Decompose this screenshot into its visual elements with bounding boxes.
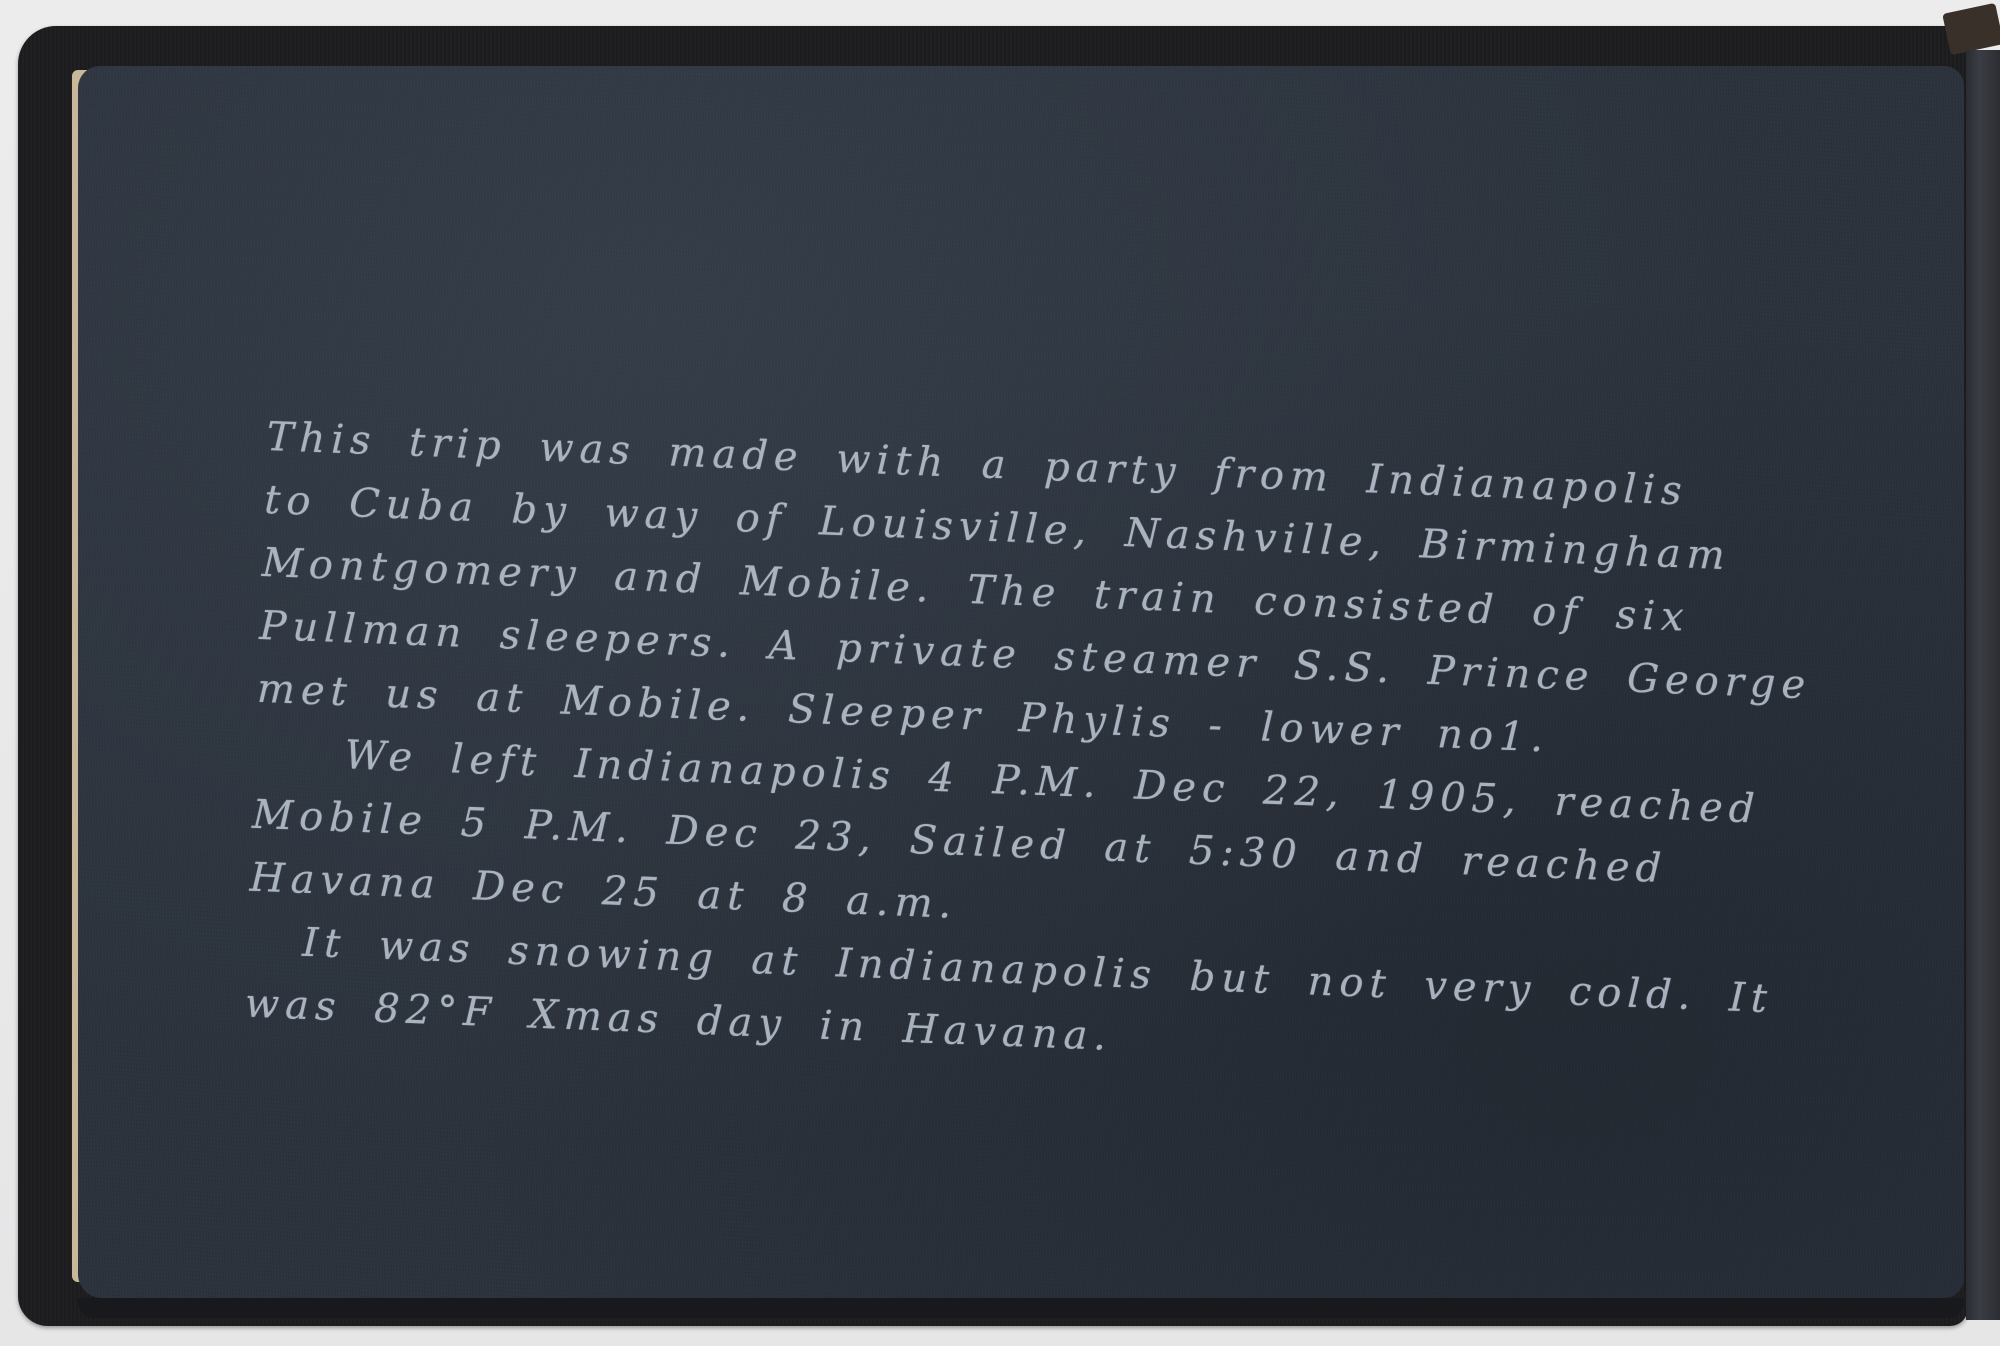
page-bottom-edge [78,1298,1964,1318]
album-page: This trip was made with a party from Ind… [78,66,1964,1298]
torn-cover-corner [1942,3,2000,55]
handwritten-inscription: This trip was made with a party from Ind… [244,406,1964,1101]
album-scene: This trip was made with a party from Ind… [0,0,2000,1346]
album-spine-edge [1966,50,2000,1320]
